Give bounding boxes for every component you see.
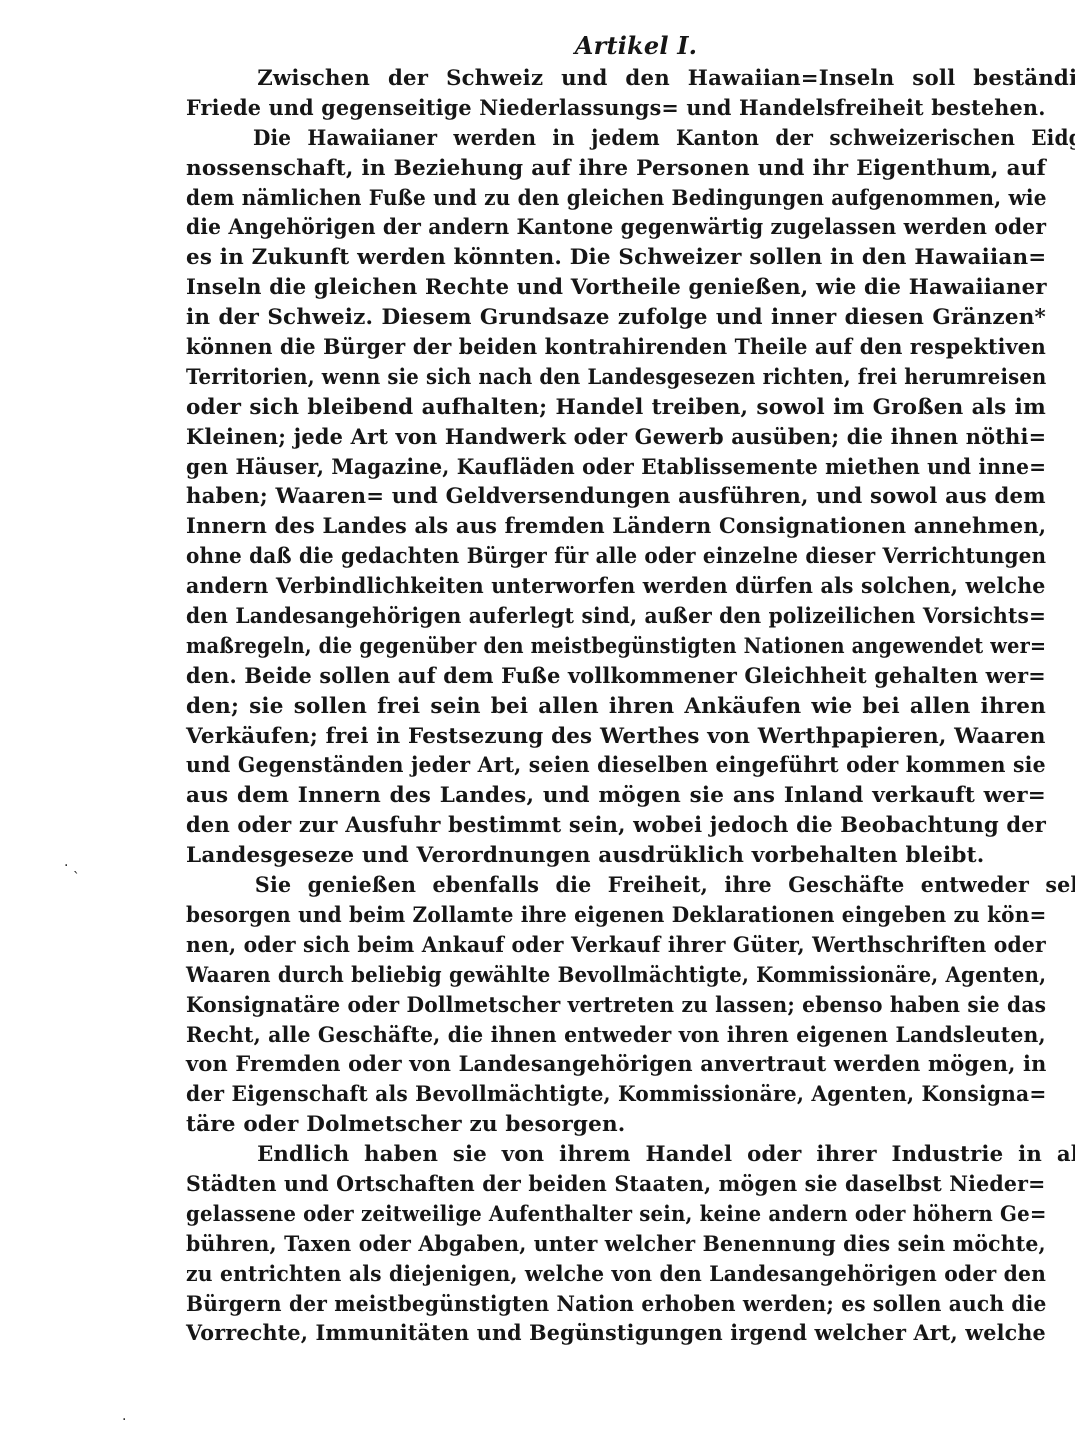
text-line: Waaren durch beliebig gewählte Bevollmäc… <box>186 961 1046 991</box>
text-line: besorgen und beim Zollamte ihre eigenen … <box>186 901 1046 931</box>
text-line: und Gegenständen jeder Art, seien diesel… <box>186 751 1046 781</box>
text-line: Zwischen der Schweiz und den Hawaiian=In… <box>186 64 1075 94</box>
paragraph: Endlich haben sie von ihrem Handel oder … <box>186 1140 1046 1349</box>
text-line: täre oder Dolmetscher zu besorgen. <box>186 1110 1046 1140</box>
text-line: Territorien, wenn sie sich nach den Land… <box>186 363 1046 393</box>
text-line: gen Häuser, Magazine, Kaufläden oder Eta… <box>186 453 1046 483</box>
text-line: Konsignatäre oder Dollmetscher vertreten… <box>186 991 1046 1021</box>
text-line: Inseln die gleichen Rechte und Vortheile… <box>186 273 1046 303</box>
text-line: bühren, Taxen oder Abgaben, unter welche… <box>186 1230 1046 1260</box>
text-line: Kleinen; jede Art von Handwerk oder Gewe… <box>186 423 1046 453</box>
text-line: den Landesangehörigen auferlegt sind, au… <box>186 602 1046 632</box>
text-line: Recht, alle Geschäfte, die ihnen entwede… <box>186 1021 1046 1051</box>
text-line: Landesgeseze und Verordnungen ausdrüklic… <box>186 841 1046 871</box>
text-line: maßregeln, die gegenüber den meistbegüns… <box>186 632 1046 662</box>
text-line: Endlich haben sie von ihrem Handel oder … <box>186 1140 1075 1170</box>
text-line: Verkäufen; frei in Festsezung des Werthe… <box>186 722 1046 752</box>
text-line: Innern des Landes als aus fremden Länder… <box>186 512 1046 542</box>
paragraph: Die Hawaiianer werden in jedem Kanton de… <box>186 124 1046 871</box>
article-title: Artikel I. <box>226 28 1046 64</box>
text-line: zu entrichten als diejenigen, welche von… <box>186 1260 1046 1290</box>
text-line: aus dem Innern des Landes, und mögen sie… <box>186 781 1046 811</box>
paragraph: Sie genießen ebenfalls die Freiheit, ihr… <box>186 871 1046 1140</box>
text-line: der Eigenschaft als Bevollmächtigte, Kom… <box>186 1080 1046 1110</box>
text-line: den oder zur Ausfuhr bestimmt sein, wobe… <box>186 811 1046 841</box>
text-line: können die Bürger der beiden kontrahiren… <box>186 333 1046 363</box>
text-line: dem nämlichen Fuße und zu den gleichen B… <box>186 184 1046 214</box>
text-line: es in Zukunft werden könnten. Die Schwei… <box>186 243 1046 273</box>
text-line: Bürgern der meistbegünstigten Nation erh… <box>186 1290 1046 1320</box>
text-line: gelassene oder zeitweilige Aufenthalter … <box>186 1200 1046 1230</box>
text-line: ohne daß die gedachten Bürger für alle o… <box>186 542 1046 572</box>
text-line: die Angehörigen der andern Kantone gegen… <box>186 213 1046 243</box>
text-line: Städten und Ortschaften der beiden Staat… <box>186 1170 1046 1200</box>
margin-mark: · ˎ <box>64 858 80 874</box>
text-line: nossenschaft, in Beziehung auf ihre Pers… <box>186 154 1046 184</box>
text-line: Die Hawaiianer werden in jedem Kanton de… <box>186 124 1075 154</box>
text-line: andern Verbindlichkeiten unterworfen wer… <box>186 572 1046 602</box>
text-line: Friede und gegenseitige Niederlassungs= … <box>186 94 1015 124</box>
margin-mark-bottom: · <box>122 1412 126 1428</box>
text-line: Sie genießen ebenfalls die Freiheit, ihr… <box>186 871 1075 901</box>
text-line: von Fremden oder von Landesangehörigen a… <box>186 1050 1046 1080</box>
text-line: Vorrechte, Immunitäten und Begünstigunge… <box>186 1319 1012 1349</box>
text-line: haben; Waaren= und Geldversendungen ausf… <box>186 482 1046 512</box>
document-page: Artikel I. Zwischen der Schweiz und den … <box>186 28 1046 1349</box>
text-line: oder sich bleibend aufhalten; Handel tre… <box>186 393 1046 423</box>
text-line: den; sie sollen frei sein bei allen ihre… <box>186 692 1046 722</box>
paragraph: Zwischen der Schweiz und den Hawaiian=In… <box>186 64 1046 124</box>
text-line: in der Schweiz. Diesem Grundsaze zufolge… <box>186 303 1046 333</box>
text-line: den. Beide sollen auf dem Fuße vollkomme… <box>186 662 1046 692</box>
article-body: Zwischen der Schweiz und den Hawaiian=In… <box>186 64 1046 1349</box>
text-line: nen, oder sich beim Ankauf oder Verkauf … <box>186 931 1046 961</box>
